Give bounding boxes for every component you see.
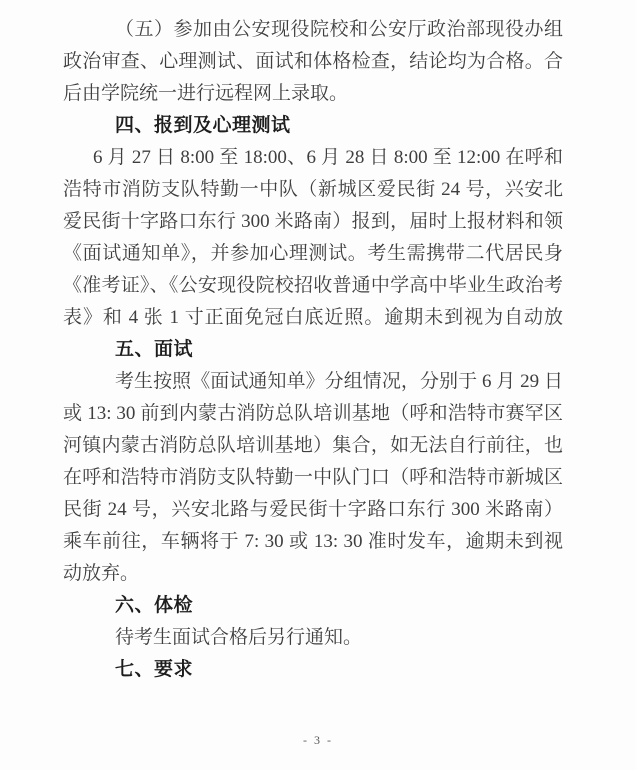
paragraph-line: 河镇内蒙古消防总队培训基地）集合，如无法自行前往，也可 — [63, 430, 563, 462]
paragraph-line: 《准考证》、《公安现役院校招收普通中学高中毕业生政治考核 — [63, 270, 563, 302]
section-heading-tijian: 六、体检 — [63, 590, 563, 622]
section-heading-baodao: 四、报到及心理测试 — [63, 110, 563, 142]
paragraph-line: 民街 24 号，兴安北路与爱民街十字路口东行 300 米路南）统一 — [63, 494, 563, 526]
document-content: （五）参加由公安现役院校和公安厅政治部现役办组织的 政治审查、心理测试、面试和体… — [63, 14, 563, 686]
paragraph-line: 或 13: 30 前到内蒙古消防总队培训基地（呼和浩特市赛罕区金 — [63, 398, 563, 430]
paragraph-line: 表》和 4 张 1 寸正面免冠白底近照。逾期未到视为自动放弃。 — [63, 302, 563, 334]
paragraph-line: 动放弃。 — [63, 558, 563, 590]
paragraph-line: 乘车前往，车辆将于 7: 30 或 13: 30 准时发车，逾期未到视为自 — [63, 526, 563, 558]
paragraph-line: 政治审查、心理测试、面试和体格检查，结论均为合格。合格 — [63, 46, 563, 78]
document-page: （五）参加由公安现役院校和公安厅政治部现役办组织的 政治审查、心理测试、面试和体… — [0, 0, 636, 770]
paragraph-line: 《面试通知单》，并参加心理测试。考生需携带二代居民身份证、 — [63, 238, 563, 270]
page-number: - 3 - — [0, 733, 636, 748]
paragraph-line: 待考生面试合格后另行通知。 — [63, 622, 563, 654]
paragraph-line: 在呼和浩特市消防支队特勤一中队门口（呼和浩特市新城区爱 — [63, 462, 563, 494]
paragraph-line: （五）参加由公安现役院校和公安厅政治部现役办组织的 — [63, 14, 563, 46]
paragraph-line: 后由学院统一进行远程网上录取。 — [63, 78, 563, 110]
paragraph-line: 爱民街十字路口东行 300 米路南）报到，届时上报材料和领取 — [63, 206, 563, 238]
paragraph-line: 考生按照《面试通知单》分组情况，分别于 6 月 29 日 7: 30 — [63, 366, 563, 398]
paragraph-line: 浩特市消防支队特勤一中队（新城区爱民街 24 号，兴安北路与 — [63, 174, 563, 206]
section-heading-yaoqiu: 七、要求 — [63, 654, 563, 686]
section-heading-mianshi: 五、面试 — [63, 334, 563, 366]
paragraph-line: 6 月 27 日 8:00 至 18:00、6 月 28 日 8:00 至 12… — [63, 142, 563, 174]
